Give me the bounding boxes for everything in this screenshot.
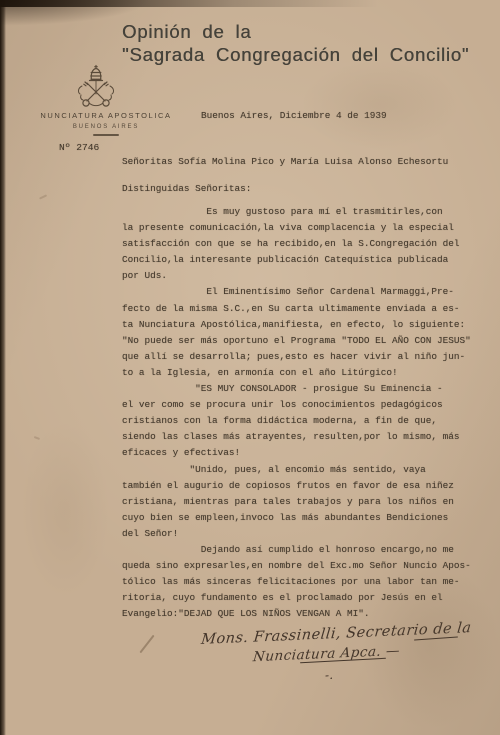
pencil-mark xyxy=(39,194,47,199)
letterhead-org: NUNCIATURA APOSTOLICA xyxy=(40,111,172,120)
page-title: Opinión de la "Sagrada Congregación del … xyxy=(122,20,469,66)
signature-line-1: Mons. Frassinelli, Secretario de la xyxy=(200,620,472,648)
addressee-line: Señoritas Sofía Molina Pico y María Luis… xyxy=(122,156,448,167)
salutation: Distinguidas Señoritas: xyxy=(122,183,251,194)
paper-stain xyxy=(20,420,110,600)
title-line-2: "Sagrada Congregación del Concilio" xyxy=(122,43,469,66)
letterhead-rule xyxy=(93,134,119,136)
pencil-mark xyxy=(139,635,154,654)
reference-number: Nº 2746 xyxy=(59,142,99,153)
letter-body: Es muy gustoso para mí el trasmitirles,c… xyxy=(122,204,471,622)
letterhead-city: BUENOS AIRES xyxy=(40,124,172,130)
scan-left-edge xyxy=(0,0,6,735)
papal-tiara-crossed-keys-icon xyxy=(73,64,119,117)
title-line-1: Opinión de la xyxy=(122,20,469,43)
pencil-mark xyxy=(34,436,40,439)
dateline: Buenos Aires, Diciembre 4 de 1939 xyxy=(201,110,387,121)
scan-top-edge xyxy=(0,0,420,7)
signature-mark: -. xyxy=(325,668,334,683)
scanned-letter-page: Opinión de la "Sagrada Congregación del … xyxy=(0,0,500,735)
paper-stain xyxy=(300,60,460,150)
letterhead: NUNCIATURA APOSTOLICA BUENOS AIRES xyxy=(40,111,172,136)
